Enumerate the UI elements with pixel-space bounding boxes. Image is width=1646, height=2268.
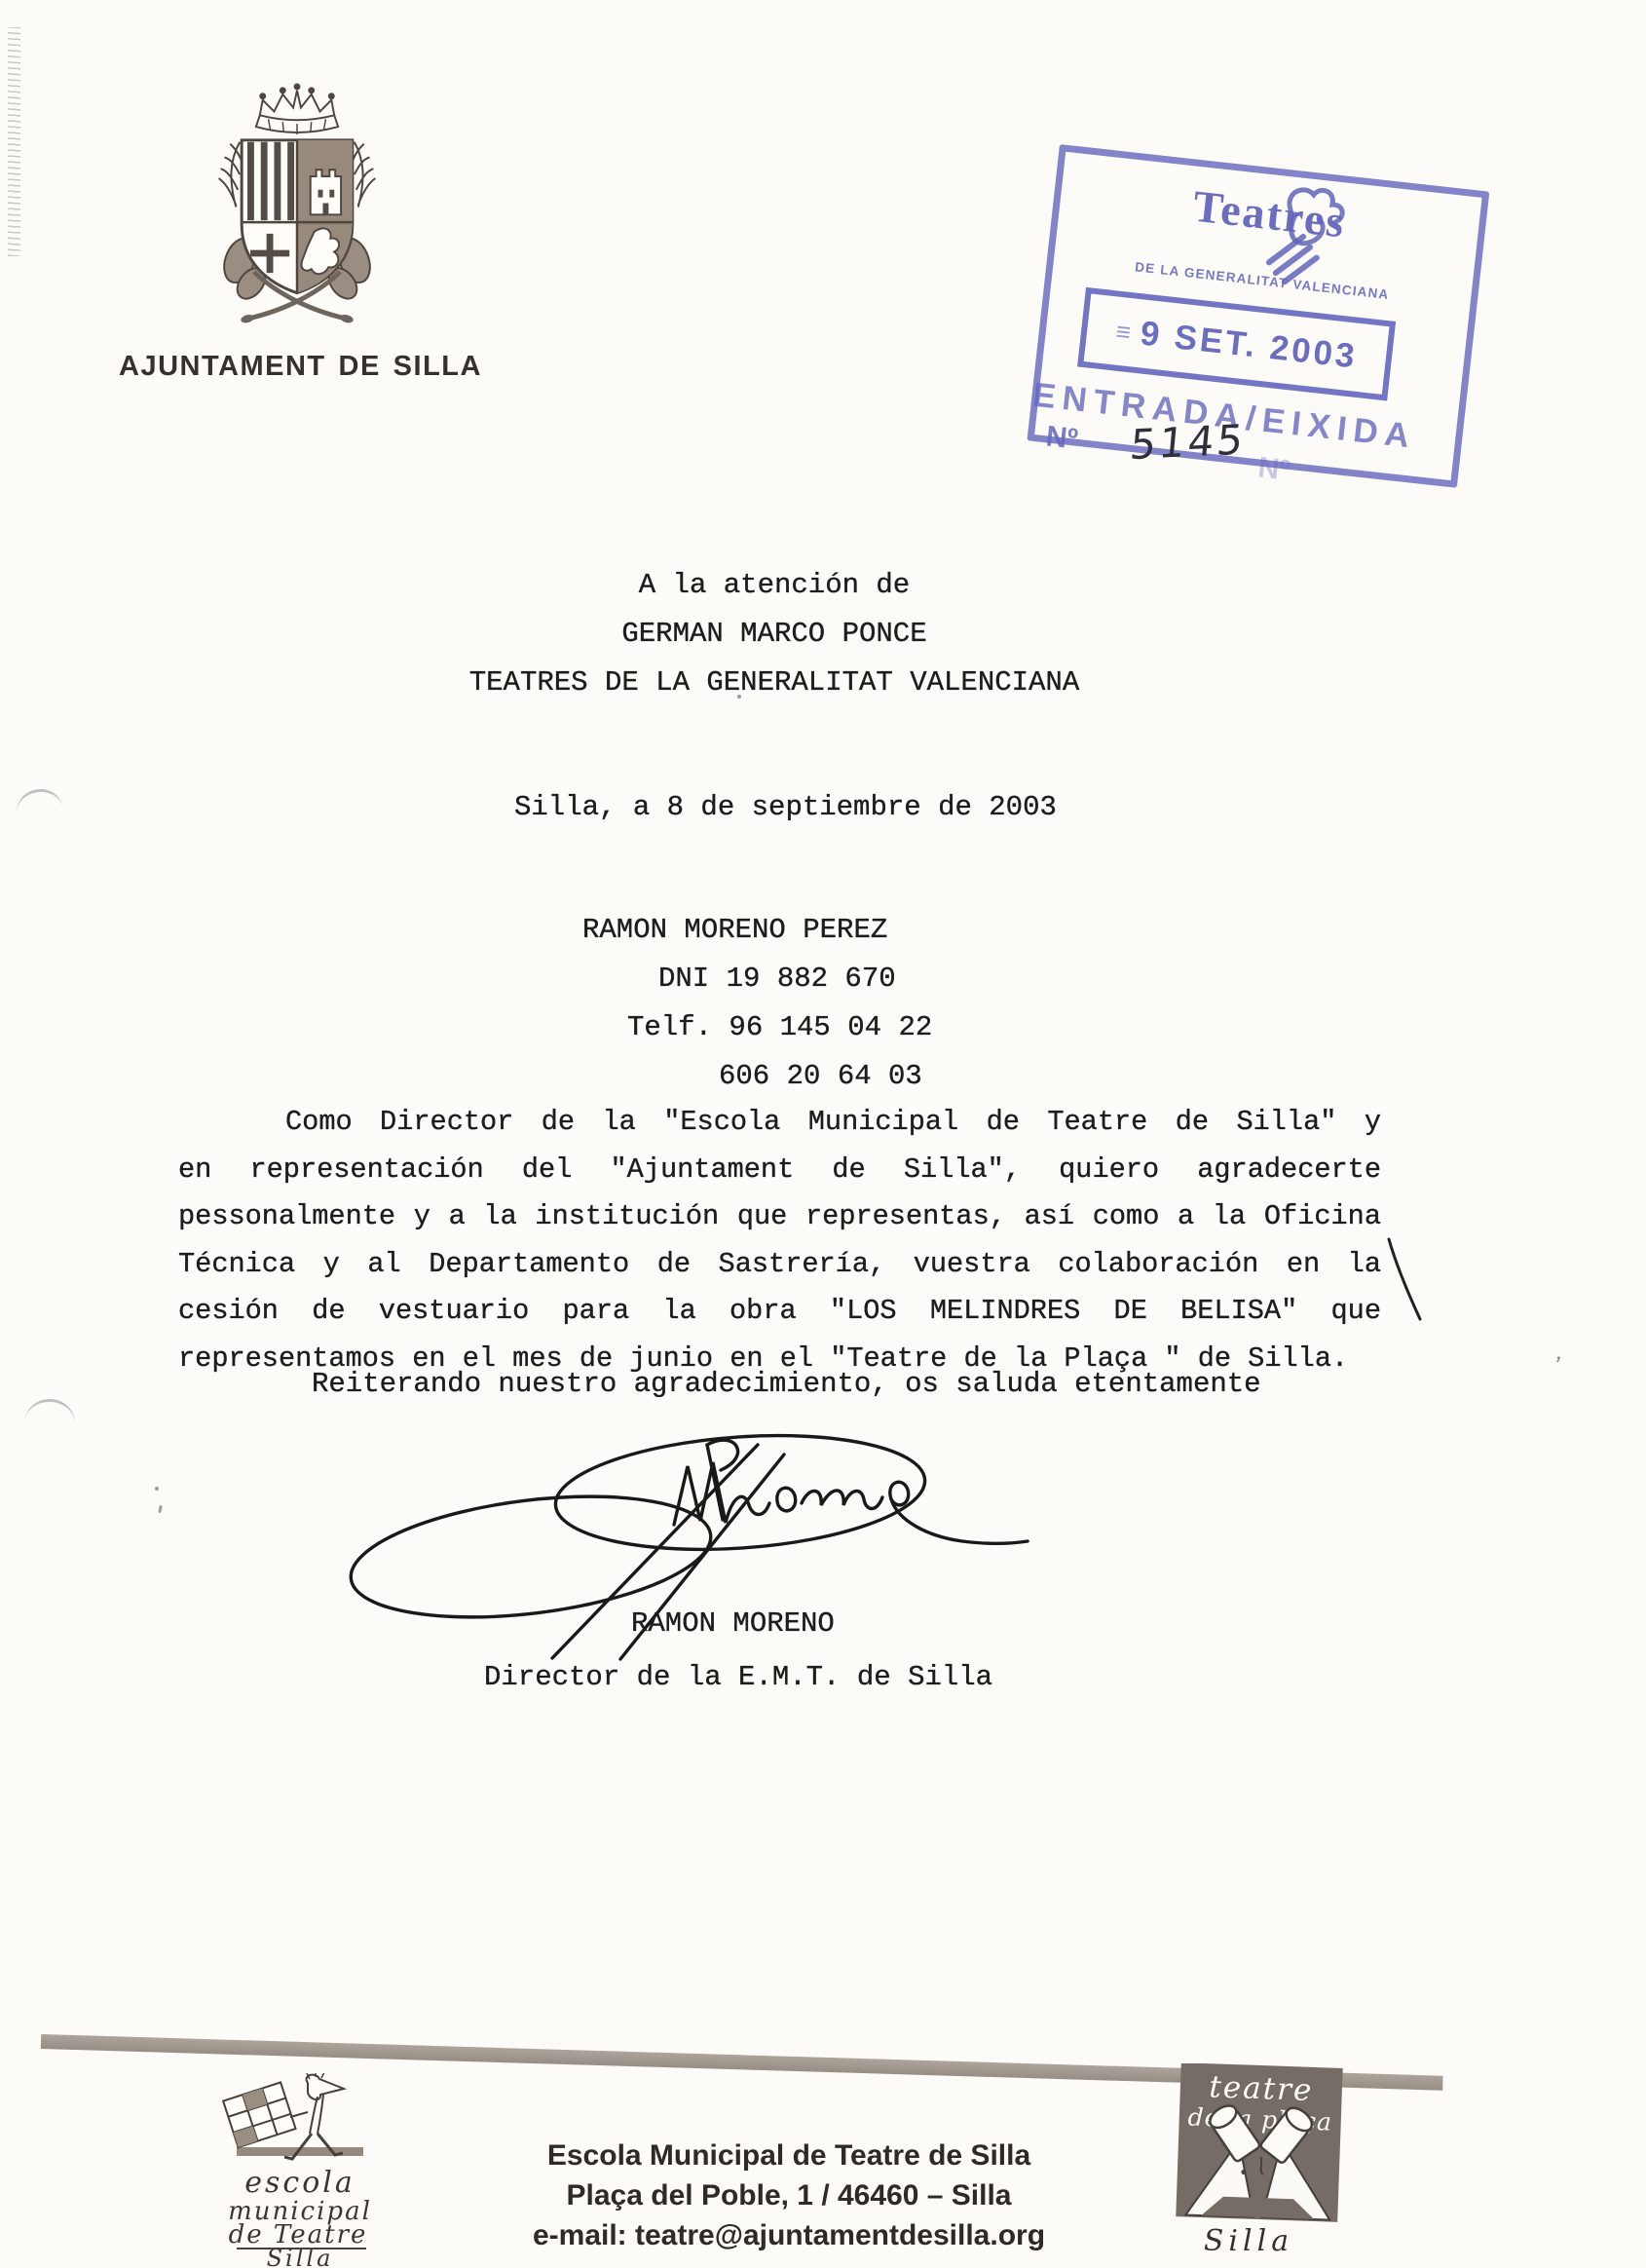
scan-noise-strip [8,27,20,256]
footer-right-logo-text: Silla [1204,2224,1293,2258]
body-line: Técnica y al Departamento de Sastrería, … [178,1241,1381,1289]
body-line: Como Director de la "Escola Municipal de… [178,1099,1381,1147]
scanned-letter-page: ’ [0,0,1646,2268]
body-line: pessonalmente y a la institución que rep… [178,1193,1381,1241]
signer-name: RAMON MORENO [631,1607,835,1640]
sender-dni: DNI 19 882 670 [582,955,932,1003]
entry-stamp: Teatres DE LA GENERALITAT VALENCIANA ≡ 9… [1027,144,1489,488]
org-name: Ajuntament de Silla [119,339,482,385]
coat-of-arms-icon [200,83,394,326]
closing-line: Reiterando nuestro agradecimiento, os sa… [312,1368,1261,1400]
recipient-line: A la atención de [409,561,1140,610]
stamp-number-handwritten: 5145 [1128,415,1248,469]
footer-right-logo-text: teatre [1209,2069,1314,2108]
scan-arc-mark [24,1397,77,1425]
sender-name: RAMON MORENO PEREZ [582,906,932,955]
footer-address: Escola Municipal de Teatre de Silla Plaç… [458,2136,1120,2255]
footer-address-line: Escola Municipal de Teatre de Silla [458,2136,1120,2175]
recipient-block: A la atención de GERMAN MARCO PONCE TEAT… [409,561,1140,707]
footer-left-logo-text: escola [244,2166,355,2200]
footer-address-line: Plaça del Poble, 1 / 46460 – Silla [458,2175,1120,2215]
footer-left-logo: escola municipal de Teatre Silla [144,2073,412,2268]
scan-speck: ’ [1549,1350,1563,1380]
sender-phone: 606 20 64 03 [582,1052,932,1101]
scan-speck [158,1505,163,1513]
sender-phone: Telf. 96 145 04 22 [582,1003,932,1052]
body-line: cesión de vestuario para la obra "LOS ME… [178,1288,1381,1336]
scan-speck [155,1487,159,1491]
stamp-date-mark: ≡ [1114,316,1132,347]
body-paragraph: Como Director de la "Escola Municipal de… [178,1099,1381,1382]
signer-title: Director de la E.M.T. de Silla [484,1661,992,1693]
stamp-date: 9 SET. 2003 [1139,314,1360,376]
footer-address-line: e-mail: teatre@ajuntamentdesilla.org [458,2215,1120,2255]
dateline: Silla, a 8 de septiembre de 2003 [514,791,1057,823]
recipient-line: TEATRES DE LA GENERALITAT VALENCIANA [409,659,1140,707]
sender-block: RAMON MORENO PEREZ DNI 19 882 670 Telf. … [582,906,932,1101]
stamp-number-label-2: Nº [1256,451,1291,487]
stamp-date-box: ≡ 9 SET. 2003 [1077,287,1396,401]
scan-arc-mark [15,787,63,814]
body-line: en representación del "Ajuntament de Sil… [178,1147,1381,1194]
stamp-number-label: Nº [1044,420,1079,456]
pen-stroke-mark [1383,1233,1426,1325]
recipient-line: GERMAN MARCO PONCE [409,610,1140,659]
footer-right-logo: teatre de la plaça Silla [1161,2063,1395,2258]
